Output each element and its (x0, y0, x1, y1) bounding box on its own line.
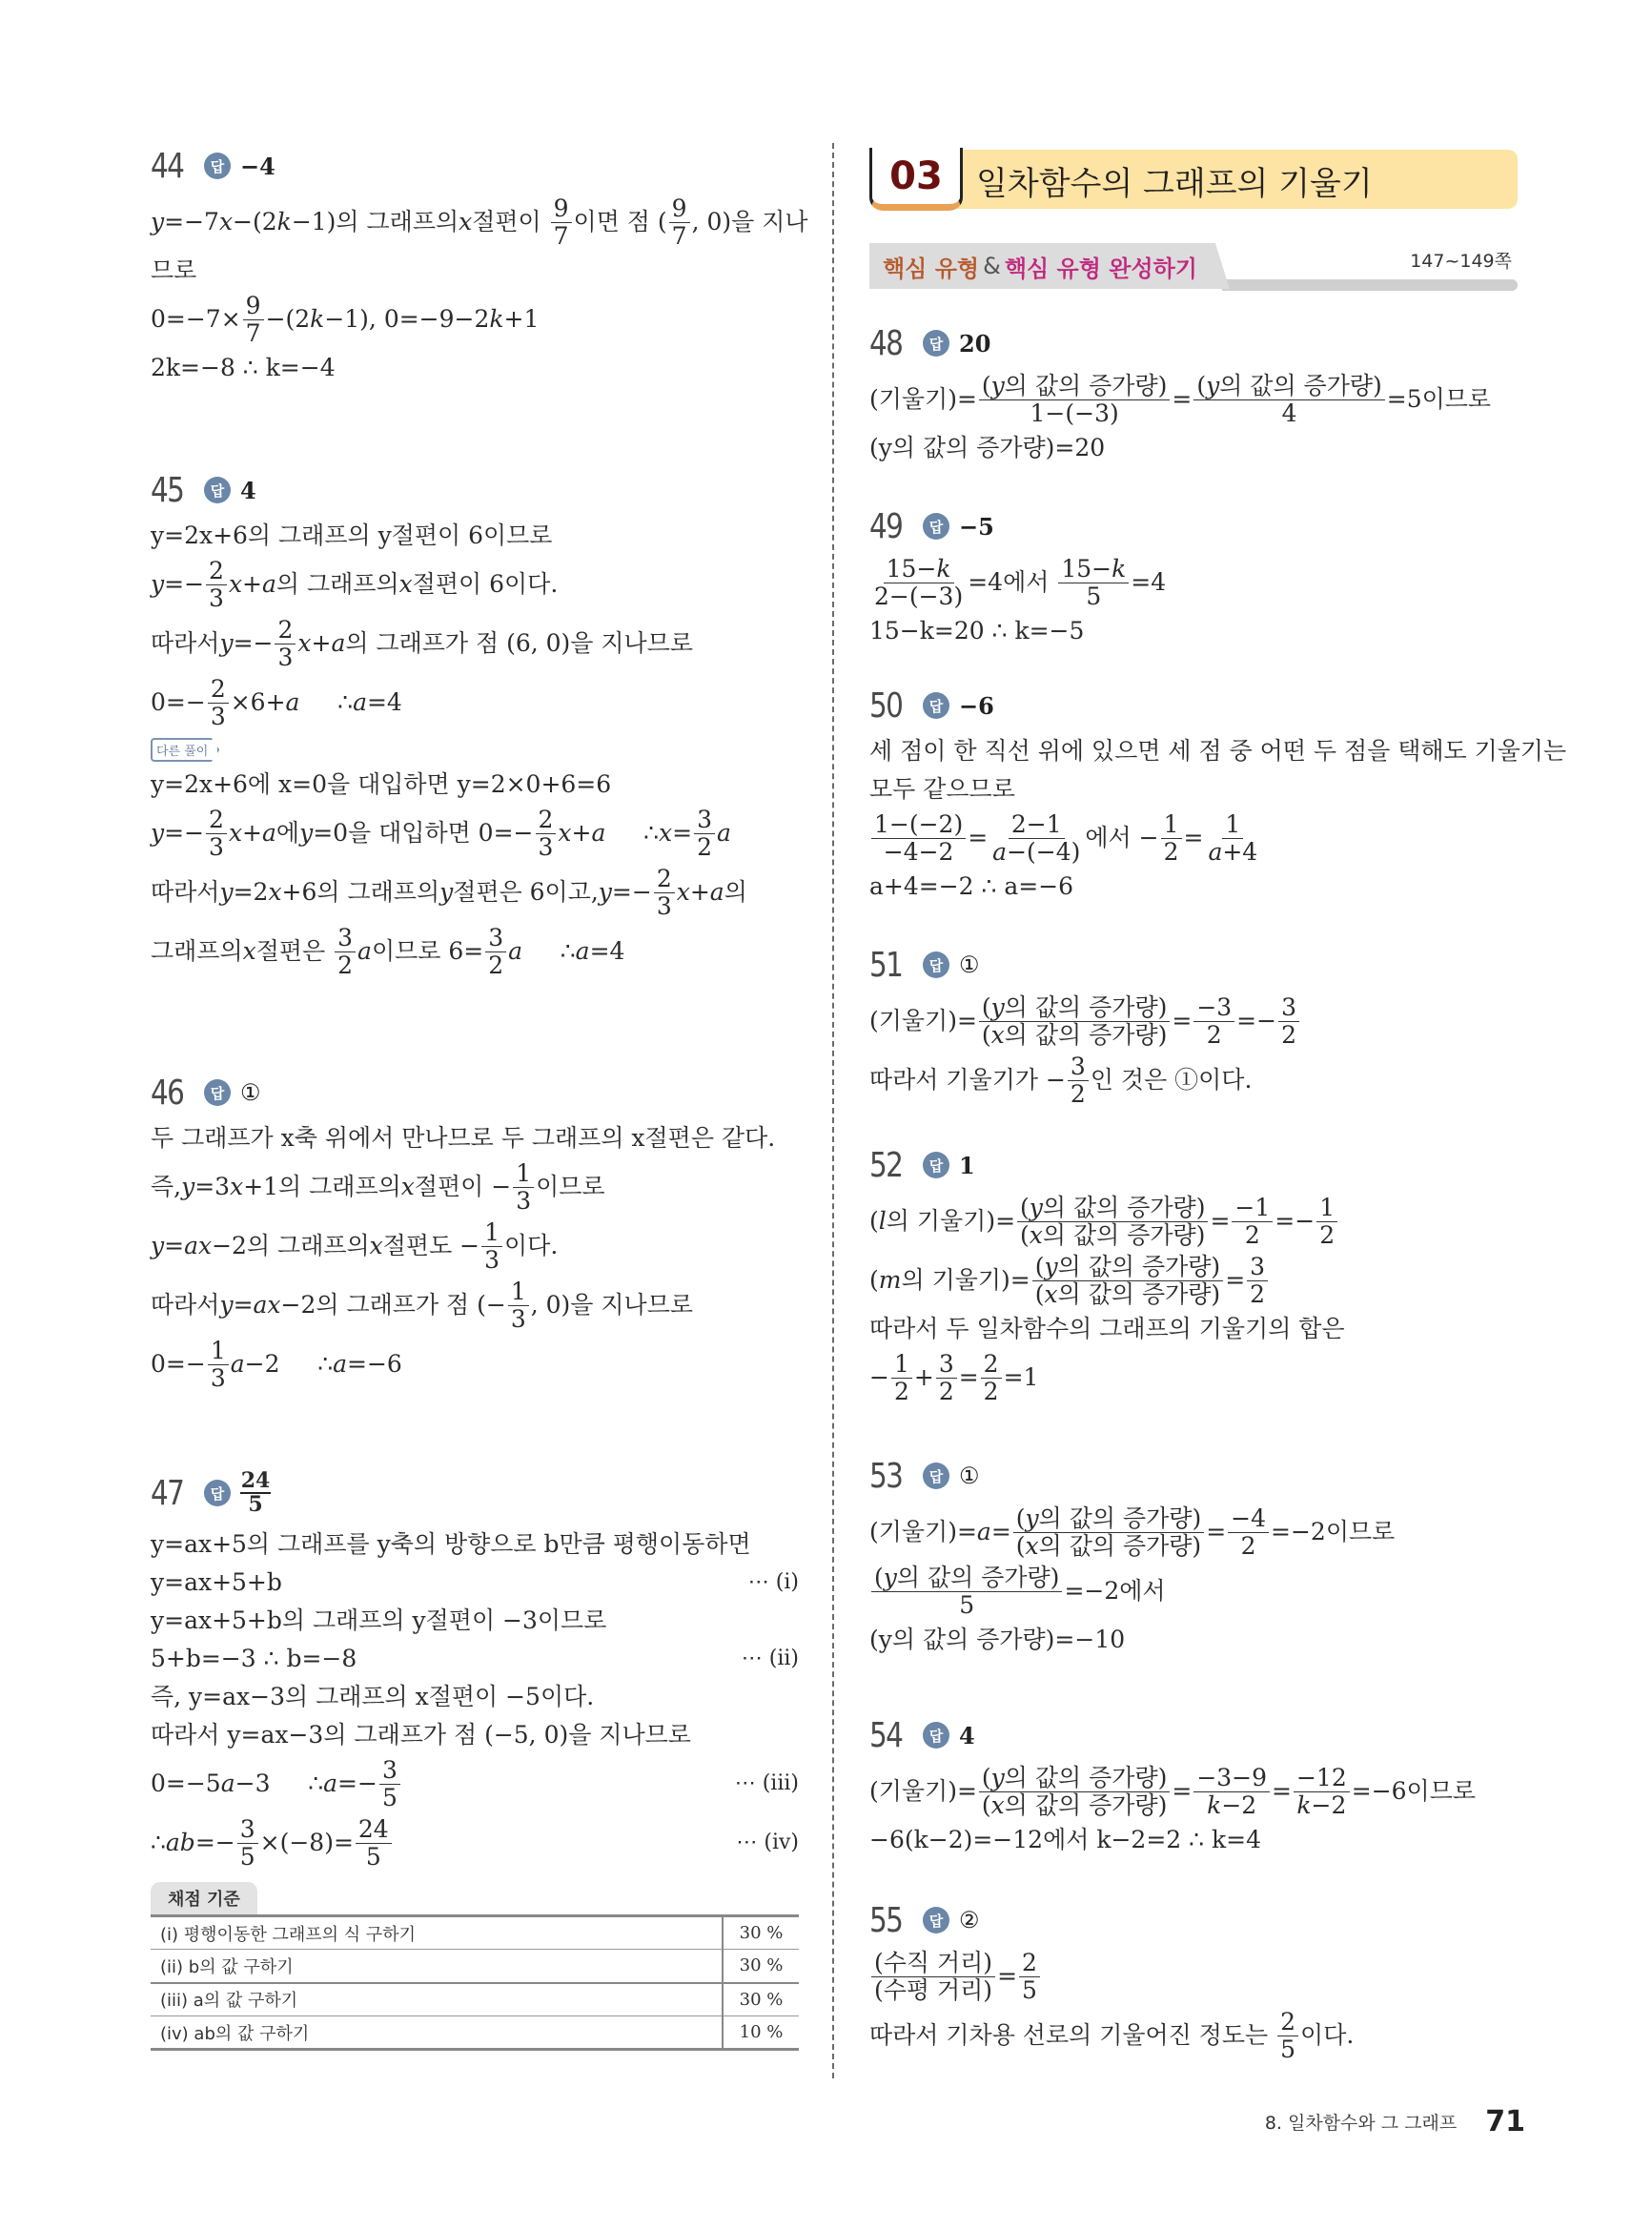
solution-line: 즉, y=ax−3의 그래프의 x절편이 −5이다. (151, 1678, 799, 1716)
section-number: 03 (869, 148, 963, 211)
section-title: 일차함수의 그래프의 기울기 (976, 157, 1373, 204)
solution-line: (기울기)=(y의 값의 증가량)(x의 값의 증가량)=−3−9k−2=−12… (869, 1762, 1518, 1821)
problem-51: 51 답 ① (기울기)=(y의 값의 증가량)(x의 값의 증가량)=−32=… (869, 944, 1518, 1110)
solution-line: 따라서 y=ax−2의 그래프가 점 (−13, 0)을 지나므로 (151, 1276, 799, 1335)
solution-line: 세 점이 한 직선 위에 있으면 세 점 중 어떤 두 점을 택해도 기울기는 (869, 732, 1518, 770)
answer-badge-icon: 답 (923, 951, 949, 978)
problem-52: 52 답 1 (l의 기울기)=(y의 값의 증가량)(x의 값의 증가량)=−… (869, 1144, 1518, 1407)
answer-badge-icon: 답 (923, 330, 949, 357)
answer-badge-icon: 답 (923, 1907, 949, 1933)
answer-value: 1 (959, 1152, 975, 1179)
solution-line: (수직 거리)(수평 거리)=25 (869, 1947, 1518, 2006)
problem-46: 46 답 ① 두 그래프가 x축 위에서 만나므로 두 그래프의 x절편은 같다… (151, 1072, 799, 1394)
problem-number: 51 (869, 946, 906, 985)
scoring-criteria-tab: 채점 기준 (151, 1882, 257, 1914)
problem-45: 45 답 4 y=2x+6의 그래프의 y절편이 6이므로 y=−23x+a의 … (151, 469, 799, 981)
solution-line: 따라서 y=ax−3의 그래프가 점 (−5, 0)을 지나므로 (151, 1716, 799, 1754)
answer-value: 4 (959, 1722, 975, 1749)
answer-value: 20 (959, 330, 990, 358)
solution-line: (m의 기울기)=(y의 값의 증가량)(x의 값의 증가량)=32 (869, 1251, 1518, 1310)
problem-number: 47 (151, 1474, 187, 1513)
alt-solution-line: y=2x+6에 x=0을 대입하면 y=2×0+6=6 (151, 766, 799, 804)
problem-number: 50 (869, 686, 906, 726)
section-header: 03 일차함수의 그래프의 기울기 (869, 148, 1518, 211)
problem-number: 52 (869, 1146, 906, 1185)
solution-line: y=−7x−(2k−1)의 그래프의 x절편이 97이면 점 (97, 0)을 … (151, 193, 799, 252)
column-divider (832, 143, 834, 2078)
chapter-title: 8. 일차함수와 그 그래프 (1265, 2109, 1457, 2135)
problem-number: 45 (151, 471, 187, 510)
solution-line: 0=−7×97−(2k−1), 0=−9−2k+1 (151, 290, 799, 349)
answer-value: −5 (959, 513, 994, 541)
solution-line: (기울기)=(y의 값의 증가량)(x의 값의 증가량)=−32=−32 (869, 992, 1518, 1051)
solution-line: 따라서 기차용 선로의 기울어진 정도는 25이다. (869, 2006, 1518, 2065)
answer-badge-icon: 답 (923, 1152, 949, 1178)
problem-49: 49 답 −5 15−k2−(−3)=4에서 15−k5=4 15−k=20 ∴… (869, 505, 1518, 650)
solution-line: (y의 값의 증가량)5=−2에서 (869, 1562, 1518, 1621)
solution-line: 0=−13a−2 ∴ a=−6 (151, 1335, 799, 1394)
problem-number: 48 (869, 324, 906, 363)
problem-number: 44 (151, 147, 187, 186)
problem-number: 54 (869, 1716, 906, 1755)
solution-line: y=−23x+a의 그래프의 x절편이 6이다. (151, 555, 799, 614)
answer-badge-icon: 답 (923, 513, 949, 540)
answer-badge-icon: 답 (923, 1722, 949, 1749)
solution-line: 모두 같으므로 (869, 770, 1518, 808)
solution-line: −12+32=22=1 (869, 1348, 1518, 1407)
solution-line: ∴ ab=−35×(−8)=245⋯ (iv) (151, 1813, 799, 1872)
subsection-tab: 핵심 유형&핵심 유형 완성하기 (869, 243, 1230, 289)
answer-value: −6 (959, 692, 994, 720)
problem-50: 50 답 −6 세 점이 한 직선 위에 있으면 세 점 중 어떤 두 점을 택… (869, 685, 1518, 906)
answer-badge-icon: 답 (204, 1480, 231, 1506)
answer-fraction: 24 5 (240, 1470, 271, 1516)
answer-value: 4 (240, 477, 256, 504)
solution-line: (기울기)=a=(y의 값의 증가량)(x의 값의 증가량)=−42=−2이므로 (869, 1503, 1518, 1562)
solution-line: 0=−23×6+a ∴ a=4 (151, 673, 799, 732)
solution-line: y=ax+5+b⋯ (i) (151, 1564, 799, 1602)
problem-number: 55 (869, 1901, 906, 1940)
problem-54: 54 답 4 (기울기)=(y의 값의 증가량)(x의 값의 증가량)=−3−9… (869, 1714, 1518, 1859)
solution-line: −6(k−2)=−12에서 k−2=2 ∴ k=4 (869, 1821, 1518, 1859)
answer-value: ① (959, 951, 980, 978)
answer-value: ① (959, 1463, 980, 1489)
solution-line: 0=−5a−3 ∴ a=−35⋯ (iii) (151, 1754, 799, 1813)
solution-line: 즉, y=3x+1의 그래프의 x절편이 −13이므로 (151, 1157, 799, 1217)
solution-line: y=2x+6의 그래프의 y절편이 6이므로 (151, 517, 799, 555)
problem-number: 49 (869, 507, 906, 546)
answer-value: ② (959, 1907, 980, 1933)
solution-line: 따라서 y=−23x+a의 그래프가 점 (6, 0)을 지나므로 (151, 614, 799, 673)
solution-line: y=ax+5의 그래프를 y축의 방향으로 b만큼 평행이동하면 (151, 1525, 799, 1564)
solution-line: 5+b=−3 ∴ b=−8⋯ (ii) (151, 1640, 799, 1678)
solution-line: 1−(−2)−4−2=2−1a−(−4)에서 −12=1a+4 (869, 808, 1518, 868)
alt-solution-line: 따라서 y=2x+6의 그래프의 y절편은 6이고, y=−23x+a의 (151, 863, 799, 922)
answer-value: −4 (240, 153, 275, 180)
answer-badge-icon: 답 (204, 477, 231, 503)
solution-line: (y의 값의 증가량)=20 (869, 429, 1518, 467)
solution-line: a+4=−2 ∴ a=−6 (869, 868, 1518, 906)
page-range: 147~149쪽 (1410, 247, 1512, 273)
scoring-table: (i) 평행이동한 그래프의 식 구하기30 % (ii) b의 값 구하기30… (151, 1914, 799, 2051)
solution-line: y=ax−2의 그래프의 x절편도 −13이다. (151, 1217, 799, 1276)
solution-line: 따라서 기울기가 −32인 것은 ①이다. (869, 1051, 1518, 1110)
problem-47: 47 답 24 5 y=ax+5의 그래프를 y축의 방향으로 b만큼 평행이동… (151, 1466, 799, 2051)
solution-line: 따라서 두 일차함수의 그래프의 기울기의 합은 (869, 1310, 1518, 1348)
table-row: (ii) b의 값 구하기30 % (151, 1950, 799, 1983)
solution-line: y=ax+5+b의 그래프의 y절편이 −3이므로 (151, 1602, 799, 1640)
solution-line: 두 그래프가 x축 위에서 만나므로 두 그래프의 x절편은 같다. (151, 1119, 799, 1157)
problem-number: 46 (151, 1074, 187, 1113)
solution-line: (y의 값의 증가량)=−10 (869, 1621, 1518, 1659)
table-row: (iv) ab의 값 구하기10 % (151, 2016, 799, 2050)
alt-solution-badge: 다른 풀이 (151, 738, 219, 762)
problem-44: 44 답 −4 y=−7x−(2k−1)의 그래프의 x절편이 97이면 점 (… (151, 145, 799, 387)
table-row: (i) 평행이동한 그래프의 식 구하기30 % (151, 1916, 799, 1950)
solution-line: 2k=−8 ∴ k=−4 (151, 349, 799, 387)
table-row: (iii) a의 값 구하기30 % (151, 1983, 799, 2016)
answer-badge-icon: 답 (923, 692, 949, 719)
answer-badge-icon: 답 (204, 153, 231, 179)
page-footer: 8. 일차함수와 그 그래프 71 (1249, 2105, 1525, 2138)
answer-badge-icon: 답 (923, 1463, 949, 1489)
page-number: 71 (1485, 2105, 1525, 2138)
solution-line: 므로 (151, 252, 799, 290)
problem-48: 48 답 20 (기울기)=(y의 값의 증가량)1−(−3)=(y의 값의 증… (869, 322, 1518, 467)
solution-line: 15−k=20 ∴ k=−5 (869, 612, 1518, 650)
solution-line: (l의 기울기)=(y의 값의 증가량)(x의 값의 증가량)=−12=−12 (869, 1192, 1518, 1251)
subsection-underline (1222, 279, 1518, 291)
problem-number: 53 (869, 1457, 906, 1496)
problem-55: 55 답 ② (수직 거리)(수평 거리)=25 따라서 기차용 선로의 기울어… (869, 1899, 1518, 2065)
problem-53: 53 답 ① (기울기)=a=(y의 값의 증가량)(x의 값의 증가량)=−4… (869, 1455, 1518, 1659)
alt-solution-line: y=−23x+a에 y=0을 대입하면 0=−23x+a ∴ x=32a (151, 804, 799, 863)
solution-line: (기울기)=(y의 값의 증가량)1−(−3)=(y의 값의 증가량)4=5이므… (869, 370, 1518, 429)
answer-badge-icon: 답 (204, 1079, 231, 1106)
solution-line: 15−k2−(−3)=4에서 15−k5=4 (869, 553, 1518, 612)
subsection-header: 핵심 유형&핵심 유형 완성하기 147~149쪽 (869, 243, 1518, 291)
answer-value: ① (240, 1079, 261, 1106)
alt-solution-line: 그래프의 x절편은 32a이므로 6=32a ∴ a=4 (151, 922, 799, 981)
